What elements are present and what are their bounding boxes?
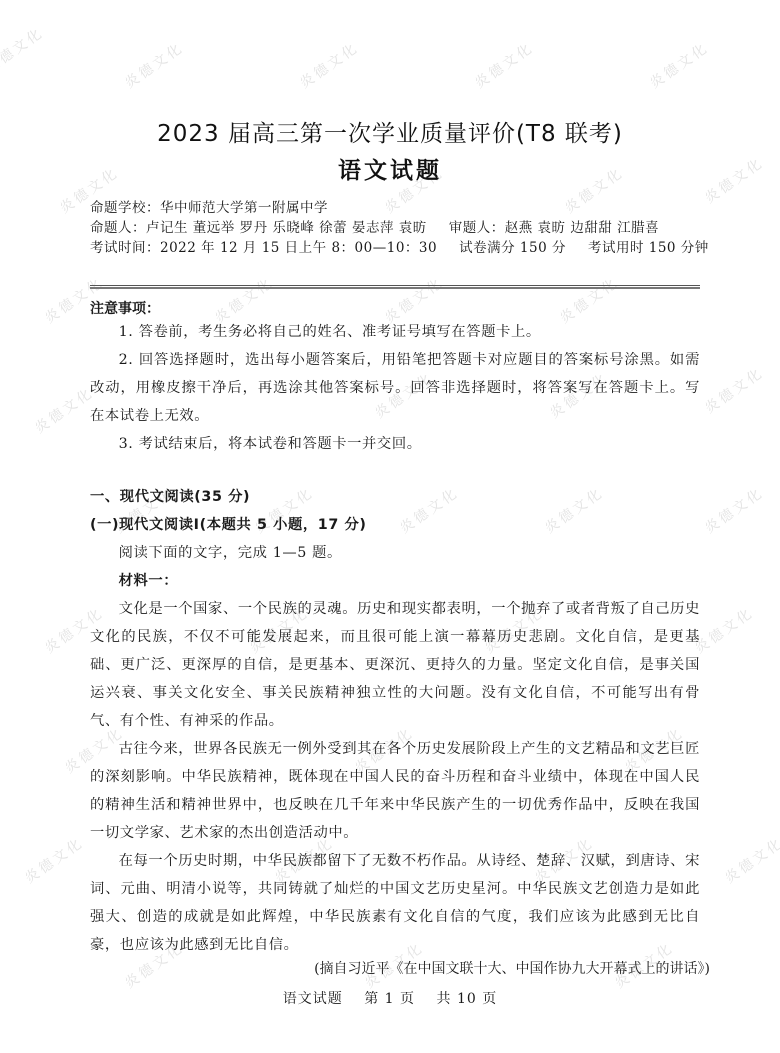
paragraph-1: 文化是一个国家、一个民族的灵魂。历史和现实都表明，一个抛弃了或者背叛了自己历史文… [90, 595, 700, 735]
paragraph-3: 在每一个历史时期，中华民族都留下了无数不朽作品。从诗经、楚辞、汉赋，到唐诗、宋词… [90, 847, 700, 959]
authors-line: 命题人：卢记生 董远举 罗丹 乐晓峰 徐蕾 晏志萍 袁昉审题人：赵燕 袁昉 边甜… [90, 218, 700, 238]
paragraph-2: 古往今来，世界各民族无一例外受到其在各个历史发展阶段上产生的文艺精品和文艺巨匠的… [90, 735, 700, 847]
subsection-title: (一)现代文阅读Ⅰ(本题共 5 小题，17 分) [90, 511, 700, 539]
note-item-1: 1. 答卷前，考生务必将自己的姓名、准考证号填写在答题卡上。 [90, 318, 700, 346]
note-item-3: 3. 考试结束后，将本试卷和答题卡一并交回。 [90, 430, 700, 458]
source-citation: (摘自习近平《在中国文联十大、中国作协九大开幕式上的讲话》) [314, 958, 710, 978]
full-score: 试卷满分 150 分 [459, 240, 566, 256]
footer-page: 第 1 页 [364, 991, 415, 1007]
reviewers: 审题人：赵燕 袁昉 边甜甜 江腊喜 [449, 220, 659, 236]
footer-total: 共 10 页 [437, 991, 498, 1007]
authors: 命题人：卢记生 董远举 罗丹 乐晓峰 徐蕾 晏志萍 袁昉 [90, 220, 427, 236]
exam-page: 2023 届高三第一次学业质量评价(T8 联考) 语文试题 命题学校：华中师范大… [0, 0, 780, 1053]
instruction: 阅读下面的文字，完成 1—5 题。 [90, 539, 700, 567]
duration: 考试用时 150 分钟 [588, 240, 709, 256]
exam-time: 考试时间：2022 年 12 月 15 日上午 8：00—10：30 [90, 240, 437, 256]
exam-subtitle: 语文试题 [0, 152, 780, 185]
note-item-2: 2. 回答选择题时，选出每小题答案后，用铅笔把答题卡对应题目的答案标号涂黑。如需… [90, 346, 700, 430]
page-footer: 语文试题 第 1 页 共 10 页 [0, 988, 780, 1008]
exam-meta: 命题学校：华中师范大学第一附属中学 命题人：卢记生 董远举 罗丹 乐晓峰 徐蕾 … [90, 198, 700, 258]
section-title: 一、现代文阅读(35 分) [90, 483, 700, 511]
header-divider [90, 285, 700, 289]
footer-subject: 语文试题 [283, 991, 343, 1007]
material-label: 材料一： [90, 567, 700, 595]
school-line: 命题学校：华中师范大学第一附属中学 [90, 198, 700, 218]
time-line: 考试时间：2022 年 12 月 15 日上午 8：00—10：30试卷满分 1… [90, 238, 700, 258]
notes-heading: 注意事项： [90, 298, 160, 318]
exam-title: 2023 届高三第一次学业质量评价(T8 联考) [0, 115, 780, 148]
